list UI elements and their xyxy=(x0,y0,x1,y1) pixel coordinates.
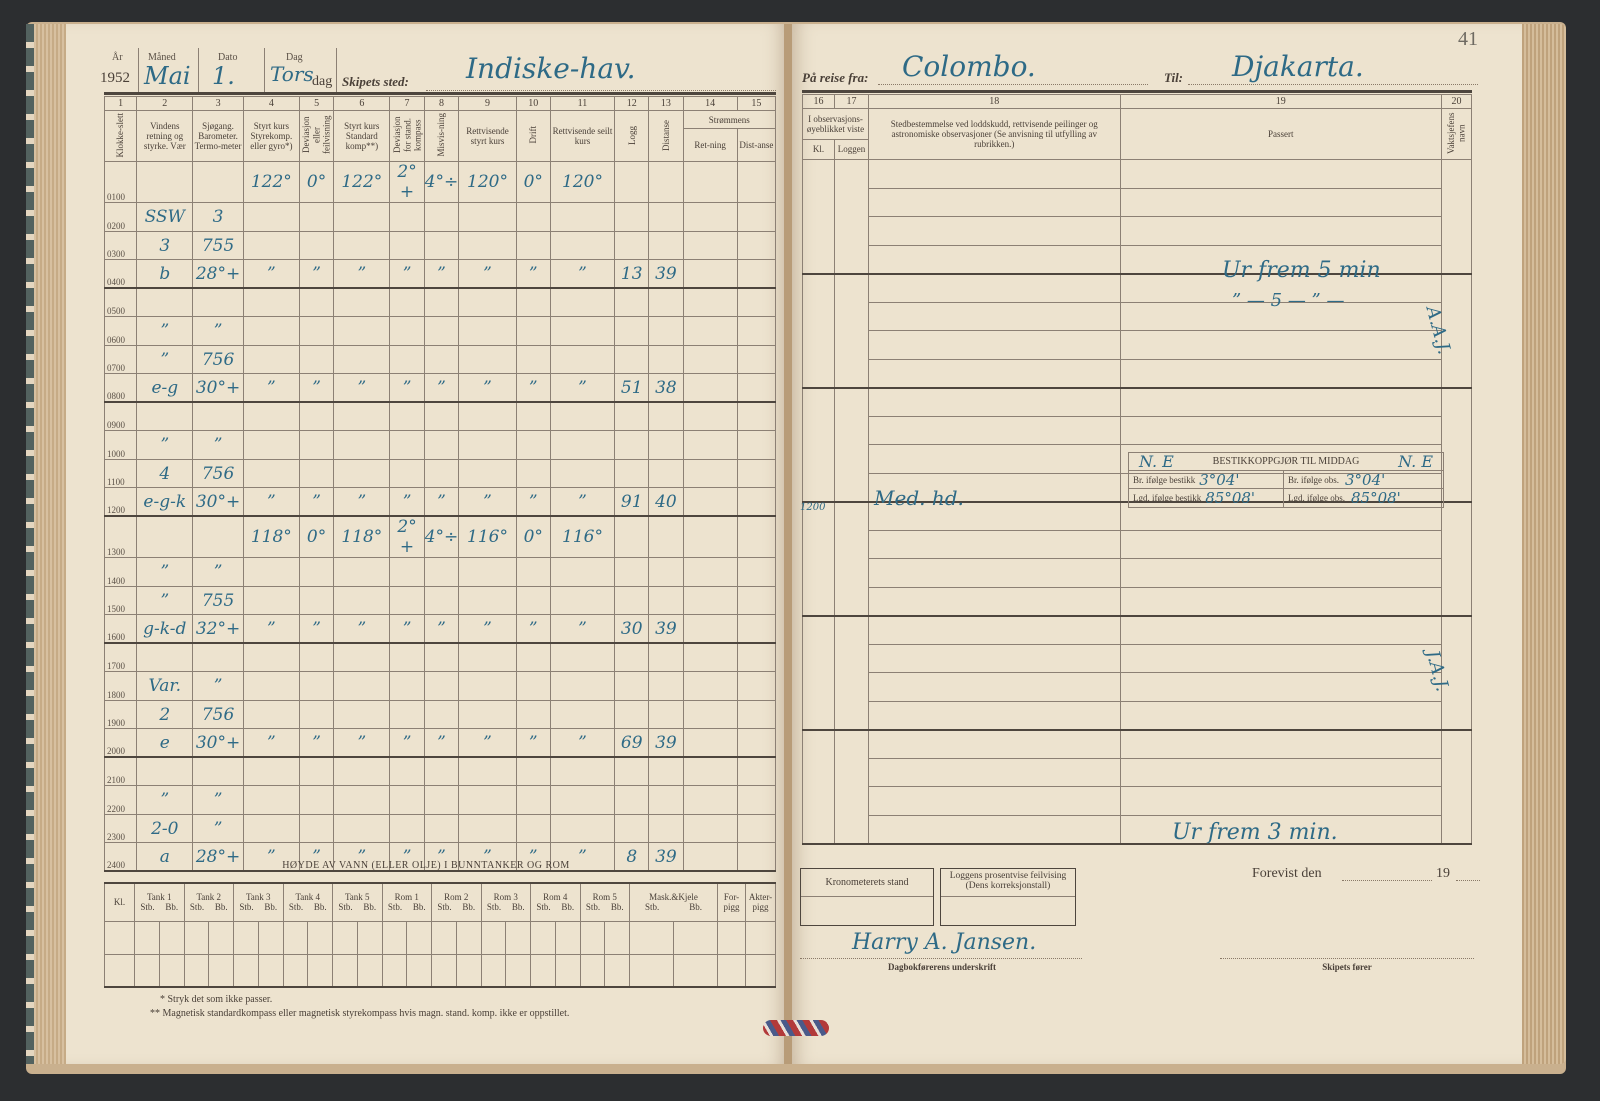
log-cell-c12: 30 xyxy=(615,615,649,644)
log-cell-c9: ” xyxy=(459,488,516,517)
log-cell-c2: 3 xyxy=(137,231,193,260)
time-cell: 2000 xyxy=(105,729,137,758)
log-cell-c9 xyxy=(459,643,516,672)
tank-group-header: Tank 3Stb.Bb. xyxy=(234,883,284,921)
log-cell-c3: 756 xyxy=(193,345,243,374)
log-cell-c4: ” xyxy=(243,488,299,517)
log-cell-c12 xyxy=(615,345,649,374)
time-cell: 1300 xyxy=(105,516,137,558)
to-label: Til: xyxy=(1164,70,1183,86)
log-row: 2200”” xyxy=(105,786,776,815)
log-cell-c10 xyxy=(516,288,550,317)
log-cell-c11 xyxy=(550,231,614,260)
log-row: 19002756 xyxy=(105,700,776,729)
log-cell-c11: ” xyxy=(550,374,614,403)
log-cell-c9 xyxy=(459,345,516,374)
tank-group-header: Rom 2Stb.Bb. xyxy=(432,883,482,921)
tank-cell xyxy=(531,954,556,987)
log-cell-c7 xyxy=(390,814,424,843)
log-cell-c15 xyxy=(737,488,775,517)
log-cell-c14 xyxy=(683,459,737,488)
log-cell-c15 xyxy=(737,260,775,289)
log-cell-c10 xyxy=(516,757,550,786)
log-cell-c3 xyxy=(193,402,243,431)
log-row: 0800e-g30°+””””””””5138 xyxy=(105,374,776,403)
log-cell-c15 xyxy=(737,162,775,203)
log-cell-c4 xyxy=(243,345,299,374)
log-cell-c2: 2-0 xyxy=(137,814,193,843)
log-cell-c14 xyxy=(683,488,737,517)
time-cell: 0500 xyxy=(105,288,137,317)
log-cell-c10: 0° xyxy=(516,516,550,558)
log-cell-c6: 122° xyxy=(334,162,390,203)
log-cell-c8: ” xyxy=(424,729,459,758)
tank-kl-header: Kl. xyxy=(105,883,135,921)
col-drift-header: Drift xyxy=(528,126,538,144)
position-row xyxy=(803,331,1472,360)
log-cell-c8 xyxy=(424,643,459,672)
log-cell-c4: ” xyxy=(243,729,299,758)
from-port: Colombo. xyxy=(902,50,1036,83)
log-cell-c15 xyxy=(737,643,775,672)
log-row: 1200e-g-k30°+””””””””9140 xyxy=(105,488,776,517)
log-cell-c10 xyxy=(516,402,550,431)
log-row: 0500 xyxy=(105,288,776,317)
log-cell-c10: ” xyxy=(516,729,550,758)
log-cell-c4 xyxy=(243,288,299,317)
log-cell-c12 xyxy=(615,516,649,558)
log-cell-c6 xyxy=(334,700,390,729)
column-numbers: 1 2 3 4 5 6 7 8 9 10 11 12 13 14 15 xyxy=(105,97,776,111)
log-cell-c14 xyxy=(683,317,737,346)
time-cell: 1400 xyxy=(105,558,137,587)
time-cell: 0200 xyxy=(105,203,137,232)
log-cell-c9 xyxy=(459,203,516,232)
log-cell-c5: ” xyxy=(299,374,333,403)
tank-cell xyxy=(234,921,259,954)
col-true-track-header: Rettvisende seilt kurs xyxy=(550,111,614,162)
log-cell-c2: ” xyxy=(137,558,193,587)
passed-note-0500: ” — 5 — ” — xyxy=(1232,290,1344,311)
tanks-table: Kl.Tank 1Stb.Bb.Tank 2Stb.Bb.Tank 3Stb.B… xyxy=(104,882,776,988)
log-cell-c2: ” xyxy=(137,786,193,815)
log-cell-c14 xyxy=(683,672,737,701)
col-current-dist-header: Dist-anse xyxy=(737,129,775,162)
right-page: På reise fra: Colombo. Til: Djakarta. 41… xyxy=(792,24,1522,1064)
log-cell-c12 xyxy=(615,162,649,203)
log-cell-c14 xyxy=(683,700,737,729)
passed-note-0400: Ur frem 5 min xyxy=(1222,258,1381,283)
log-cell-c4 xyxy=(243,431,299,460)
tank-cell xyxy=(308,954,333,987)
log-cell-c11: 120° xyxy=(550,162,614,203)
year-label: År xyxy=(112,52,123,63)
log-cell-c13: 39 xyxy=(649,615,683,644)
log-rows: 0100122°0°122°2°+4°÷120°0°120°0200SSW303… xyxy=(105,162,776,872)
col-log-header: Logg xyxy=(627,126,637,145)
log-cell-c15 xyxy=(737,203,775,232)
col-std-deviation-header: Deviasjon for stand. kompass xyxy=(392,112,423,158)
log-cell-c9 xyxy=(459,672,516,701)
log-row: 11004756 xyxy=(105,459,776,488)
log-cell-c11: ” xyxy=(550,615,614,644)
log-cell-c8 xyxy=(424,231,459,260)
position-row xyxy=(803,587,1472,616)
tank-group-header: Tank 1Stb.Bb. xyxy=(135,883,185,921)
tank-cell xyxy=(630,954,674,987)
log-cell-c2 xyxy=(137,757,193,786)
log-cell-c13 xyxy=(649,231,683,260)
log-cell-c5 xyxy=(299,288,333,317)
to-port: Djakarta. xyxy=(1232,50,1364,83)
tank-cell xyxy=(531,921,556,954)
log-cell-c6 xyxy=(334,203,390,232)
afterpeak-header: Akter-pigg xyxy=(746,883,776,921)
from-label: På reise fra: xyxy=(802,70,868,86)
log-cell-c3: ” xyxy=(193,786,243,815)
log-cell-c9 xyxy=(459,402,516,431)
log-cell-c5 xyxy=(299,700,333,729)
time-cell: 1100 xyxy=(105,459,137,488)
log-cell-c15 xyxy=(737,615,775,644)
log-row: 0900 xyxy=(105,402,776,431)
tank-cell xyxy=(718,954,746,987)
log-cell-c9: ” xyxy=(459,374,516,403)
position-row xyxy=(803,217,1472,246)
log-cell-c12: 51 xyxy=(615,374,649,403)
col-time-header: Klokke-slett xyxy=(115,113,125,158)
time-cell: 1200 xyxy=(105,488,137,517)
tank-group-header: Tank 2Stb.Bb. xyxy=(184,883,234,921)
log-cell-c12: 13 xyxy=(615,260,649,289)
tank-cell xyxy=(555,954,580,987)
time-cell: 0400 xyxy=(105,260,137,289)
log-cell-c13: 39 xyxy=(649,729,683,758)
log-cell-c4: 118° xyxy=(243,516,299,558)
log-cell-c8 xyxy=(424,814,459,843)
time-cell: 0800 xyxy=(105,374,137,403)
log-cell-c8 xyxy=(424,431,459,460)
time-cell: 1800 xyxy=(105,672,137,701)
log-cell-c12 xyxy=(615,431,649,460)
log-cell-c14 xyxy=(683,374,737,403)
tank-cell xyxy=(209,921,234,954)
log-cell-c4 xyxy=(243,459,299,488)
position-row xyxy=(803,701,1472,730)
log-cell-c14 xyxy=(683,402,737,431)
log-cell-c2: Var. xyxy=(137,672,193,701)
log-cell-c15 xyxy=(737,814,775,843)
col-kl-header: Kl. xyxy=(803,139,835,160)
log-cell-c8 xyxy=(424,288,459,317)
log-cell-c13 xyxy=(649,431,683,460)
log-cell-c7 xyxy=(390,317,424,346)
tank-group-header: Tank 4Stb.Bb. xyxy=(283,883,333,921)
col-passed-header: Passert xyxy=(1120,109,1441,160)
tank-cell xyxy=(407,921,432,954)
log-cell-c15 xyxy=(737,786,775,815)
log-cell-c3: 28°+ xyxy=(193,260,243,289)
forepeak-header: For-pigg xyxy=(718,883,746,921)
day-suffix: dag xyxy=(312,74,332,90)
time-cell: 2300 xyxy=(105,814,137,843)
binding xyxy=(26,24,34,1064)
keeper-signature-label: Dagbokførerens underskrift xyxy=(792,962,1092,972)
log-row: 1800Var.” xyxy=(105,672,776,701)
log-cell-c4 xyxy=(243,586,299,615)
time-cell: 0600 xyxy=(105,317,137,346)
col-steered-course-header: Styrt kurs Styrekomp. eller gyro*) xyxy=(243,111,299,162)
log-cell-c9 xyxy=(459,700,516,729)
log-cell-c2: e-g xyxy=(137,374,193,403)
log-cell-c9 xyxy=(459,231,516,260)
log-cell-c5 xyxy=(299,459,333,488)
log-cell-c11 xyxy=(550,402,614,431)
tank-group-header: Rom 5Stb.Bb. xyxy=(580,883,630,921)
log-cell-c2: ” xyxy=(137,317,193,346)
col-position-header: Stedbestemmelse ved loddskudd, rettvisen… xyxy=(868,109,1120,160)
log-cell-c7 xyxy=(390,231,424,260)
log-cell-c8: 4°÷ xyxy=(424,516,459,558)
log-cell-c3: ” xyxy=(193,431,243,460)
log-cell-c14 xyxy=(683,288,737,317)
log-cell-c4 xyxy=(243,757,299,786)
noon-position-note: Med. hd. xyxy=(874,486,964,510)
time-cell: 0100 xyxy=(105,162,137,203)
log-cell-c6 xyxy=(334,288,390,317)
bookmark-cord xyxy=(763,1020,829,1036)
position-row xyxy=(803,644,1472,673)
log-cell-c13 xyxy=(649,203,683,232)
log-cell-c11 xyxy=(550,786,614,815)
log-cell-c2 xyxy=(137,643,193,672)
log-cell-c10 xyxy=(516,345,550,374)
log-row: 1700 xyxy=(105,643,776,672)
location: Indiske-hav. xyxy=(466,52,635,85)
log-cell-c15 xyxy=(737,231,775,260)
log-cell-c8 xyxy=(424,345,459,374)
tank-cell xyxy=(630,921,674,954)
log-cell-c3: 32°+ xyxy=(193,615,243,644)
position-row xyxy=(803,388,1472,417)
log-cell-c12 xyxy=(615,757,649,786)
log-cell-c7 xyxy=(390,586,424,615)
log-cell-c3: ” xyxy=(193,558,243,587)
log-cell-c10 xyxy=(516,203,550,232)
log-cell-c5 xyxy=(299,672,333,701)
log-cell-c11 xyxy=(550,814,614,843)
col-distance-header: Distanse xyxy=(661,120,671,151)
log-cell-c10: 0° xyxy=(516,162,550,203)
longitude-dr: 85°08' xyxy=(1205,489,1255,507)
log-row: 0400b28°+””””””””1339 xyxy=(105,260,776,289)
tank-cell xyxy=(481,921,506,954)
log-cell-c13: 39 xyxy=(649,260,683,289)
log-cell-c7 xyxy=(390,672,424,701)
tank-cell xyxy=(184,921,209,954)
log-cell-c12 xyxy=(615,814,649,843)
log-cell-c9: ” xyxy=(459,729,516,758)
captain-signature-label: Skipets fører xyxy=(1220,962,1474,972)
log-cell-c5: 0° xyxy=(299,162,333,203)
log-cell-c3: 755 xyxy=(193,231,243,260)
tank-group-header: Rom 4Stb.Bb. xyxy=(531,883,581,921)
log-cell-c4 xyxy=(243,558,299,587)
log-cell-c14 xyxy=(683,558,737,587)
time-cell: 2200 xyxy=(105,786,137,815)
position-row xyxy=(803,616,1472,645)
tank-group-header: Rom 3Stb.Bb. xyxy=(481,883,531,921)
log-cell-c11 xyxy=(550,317,614,346)
log-cell-c2: e-g-k xyxy=(137,488,193,517)
tank-cell xyxy=(333,954,358,987)
log-cell-c15 xyxy=(737,558,775,587)
log-cell-c8: ” xyxy=(424,260,459,289)
log-cell-c8 xyxy=(424,586,459,615)
current-group-header: Strømmens xyxy=(683,111,776,129)
position-row xyxy=(803,559,1472,588)
log-cell-c5 xyxy=(299,203,333,232)
left-page: År 1952 Måned Mai Dato 1. Dag Tors dag S… xyxy=(66,24,786,1064)
log-cell-c12 xyxy=(615,586,649,615)
log-cell-c5: ” xyxy=(299,260,333,289)
log-cell-c8 xyxy=(424,402,459,431)
log-cell-c15 xyxy=(737,757,775,786)
log-cell-c11 xyxy=(550,431,614,460)
tank-cell xyxy=(605,954,630,987)
log-cell-c9 xyxy=(459,586,516,615)
log-cell-c15 xyxy=(737,317,775,346)
log-cell-c13 xyxy=(649,814,683,843)
log-cell-c5 xyxy=(299,317,333,346)
tank-cell xyxy=(105,921,135,954)
log-cell-c10 xyxy=(516,643,550,672)
position-row xyxy=(803,359,1472,388)
log-cell-c12 xyxy=(615,459,649,488)
tank-cell xyxy=(308,921,333,954)
log-cell-c12 xyxy=(615,672,649,701)
col-current-dir-header: Ret-ning xyxy=(683,129,737,162)
log-cell-c11 xyxy=(550,288,614,317)
log-cell-c14 xyxy=(683,786,737,815)
keeper-signature: Harry A. Jansen. xyxy=(852,930,1036,955)
log-cell-c5: ” xyxy=(299,615,333,644)
log-cell-c7: ” xyxy=(390,729,424,758)
log-cell-c11 xyxy=(550,203,614,232)
log-cell-c4 xyxy=(243,317,299,346)
noon-reckoning-box: N. E BESTIKKOPPGJØR TIL MIDDAG N. E Br. … xyxy=(1128,452,1444,508)
log-cell-c13 xyxy=(649,786,683,815)
col-standard-course-header: Styrt kurs Standard komp**) xyxy=(334,111,390,162)
tank-cell xyxy=(135,921,160,954)
log-cell-c5: ” xyxy=(299,729,333,758)
tank-group-header: Rom 1Stb.Bb. xyxy=(382,883,432,921)
tank-cell xyxy=(746,954,776,987)
log-cell-c2: ” xyxy=(137,586,193,615)
log-cell-c9: ” xyxy=(459,260,516,289)
tank-cell xyxy=(159,954,184,987)
log-cell-c3: ” xyxy=(193,814,243,843)
log-row: 1500”755 xyxy=(105,586,776,615)
log-cell-c14 xyxy=(683,203,737,232)
lat-lon-hemisphere-left: N. E xyxy=(1139,452,1174,471)
log-cell-c2: 2 xyxy=(137,700,193,729)
time-cell: 1000 xyxy=(105,431,137,460)
book-edge-right xyxy=(1520,24,1566,1064)
log-cell-c8 xyxy=(424,672,459,701)
tank-cell xyxy=(333,921,358,954)
log-cell-c10: ” xyxy=(516,615,550,644)
time-cell: 0700 xyxy=(105,345,137,374)
log-cell-c12 xyxy=(615,786,649,815)
passed-note-2400: Ur frem 3 min. xyxy=(1172,820,1338,845)
log-cell-c12 xyxy=(615,288,649,317)
tank-cell xyxy=(159,921,184,954)
log-cell-c15 xyxy=(737,586,775,615)
log-cell-c11 xyxy=(550,345,614,374)
tank-cell xyxy=(580,954,605,987)
log-cell-c11 xyxy=(550,700,614,729)
log-cell-c6: ” xyxy=(334,260,390,289)
log-cell-c15 xyxy=(737,516,775,558)
log-cell-c8: ” xyxy=(424,374,459,403)
log-cell-c2 xyxy=(137,162,193,203)
log-cell-c5 xyxy=(299,402,333,431)
position-row xyxy=(803,302,1472,331)
tank-cell xyxy=(506,921,531,954)
log-row: 1300118°0°118°2°+4°÷116°0°116° xyxy=(105,516,776,558)
log-cell-c13 xyxy=(649,672,683,701)
log-cell-c7: 2°+ xyxy=(390,162,424,203)
log-cell-c13 xyxy=(649,162,683,203)
log-cell-c10 xyxy=(516,672,550,701)
log-cell-c4: 122° xyxy=(243,162,299,203)
tank-cell xyxy=(382,954,407,987)
tanks-title: HØYDE AV VANN (ELLER OLJE) I BUNNTANKER … xyxy=(66,860,786,871)
log-cell-c8 xyxy=(424,786,459,815)
tank-cell xyxy=(673,954,717,987)
tank-cell xyxy=(555,921,580,954)
date: 1. xyxy=(212,62,235,90)
position-row xyxy=(803,530,1472,559)
time-cell: 1700 xyxy=(105,643,137,672)
position-row xyxy=(803,758,1472,787)
log-cell-c11 xyxy=(550,757,614,786)
log-cell-c8 xyxy=(424,203,459,232)
log-cell-c13 xyxy=(649,558,683,587)
log-cell-c15 xyxy=(737,402,775,431)
tank-cell xyxy=(481,954,506,987)
log-cell-c6 xyxy=(334,643,390,672)
log-cell-c6 xyxy=(334,345,390,374)
log-cell-c11 xyxy=(550,459,614,488)
time-cell: 2100 xyxy=(105,757,137,786)
log-cell-c7: ” xyxy=(390,260,424,289)
log-cell-c9 xyxy=(459,459,516,488)
log-cell-c15 xyxy=(737,672,775,701)
log-cell-c7: ” xyxy=(390,374,424,403)
log-cell-c14 xyxy=(683,431,737,460)
log-cell-c6 xyxy=(334,317,390,346)
log-cell-c7 xyxy=(390,431,424,460)
log-cell-c11 xyxy=(550,558,614,587)
tank-group-header: Mask.&KjeleStb.Bb. xyxy=(630,883,718,921)
log-cell-c7 xyxy=(390,345,424,374)
log-cell-c14 xyxy=(683,260,737,289)
log-row: 2000e30°+””””””””6939 xyxy=(105,729,776,758)
log-cell-c14 xyxy=(683,345,737,374)
log-cell-c5: ” xyxy=(299,488,333,517)
